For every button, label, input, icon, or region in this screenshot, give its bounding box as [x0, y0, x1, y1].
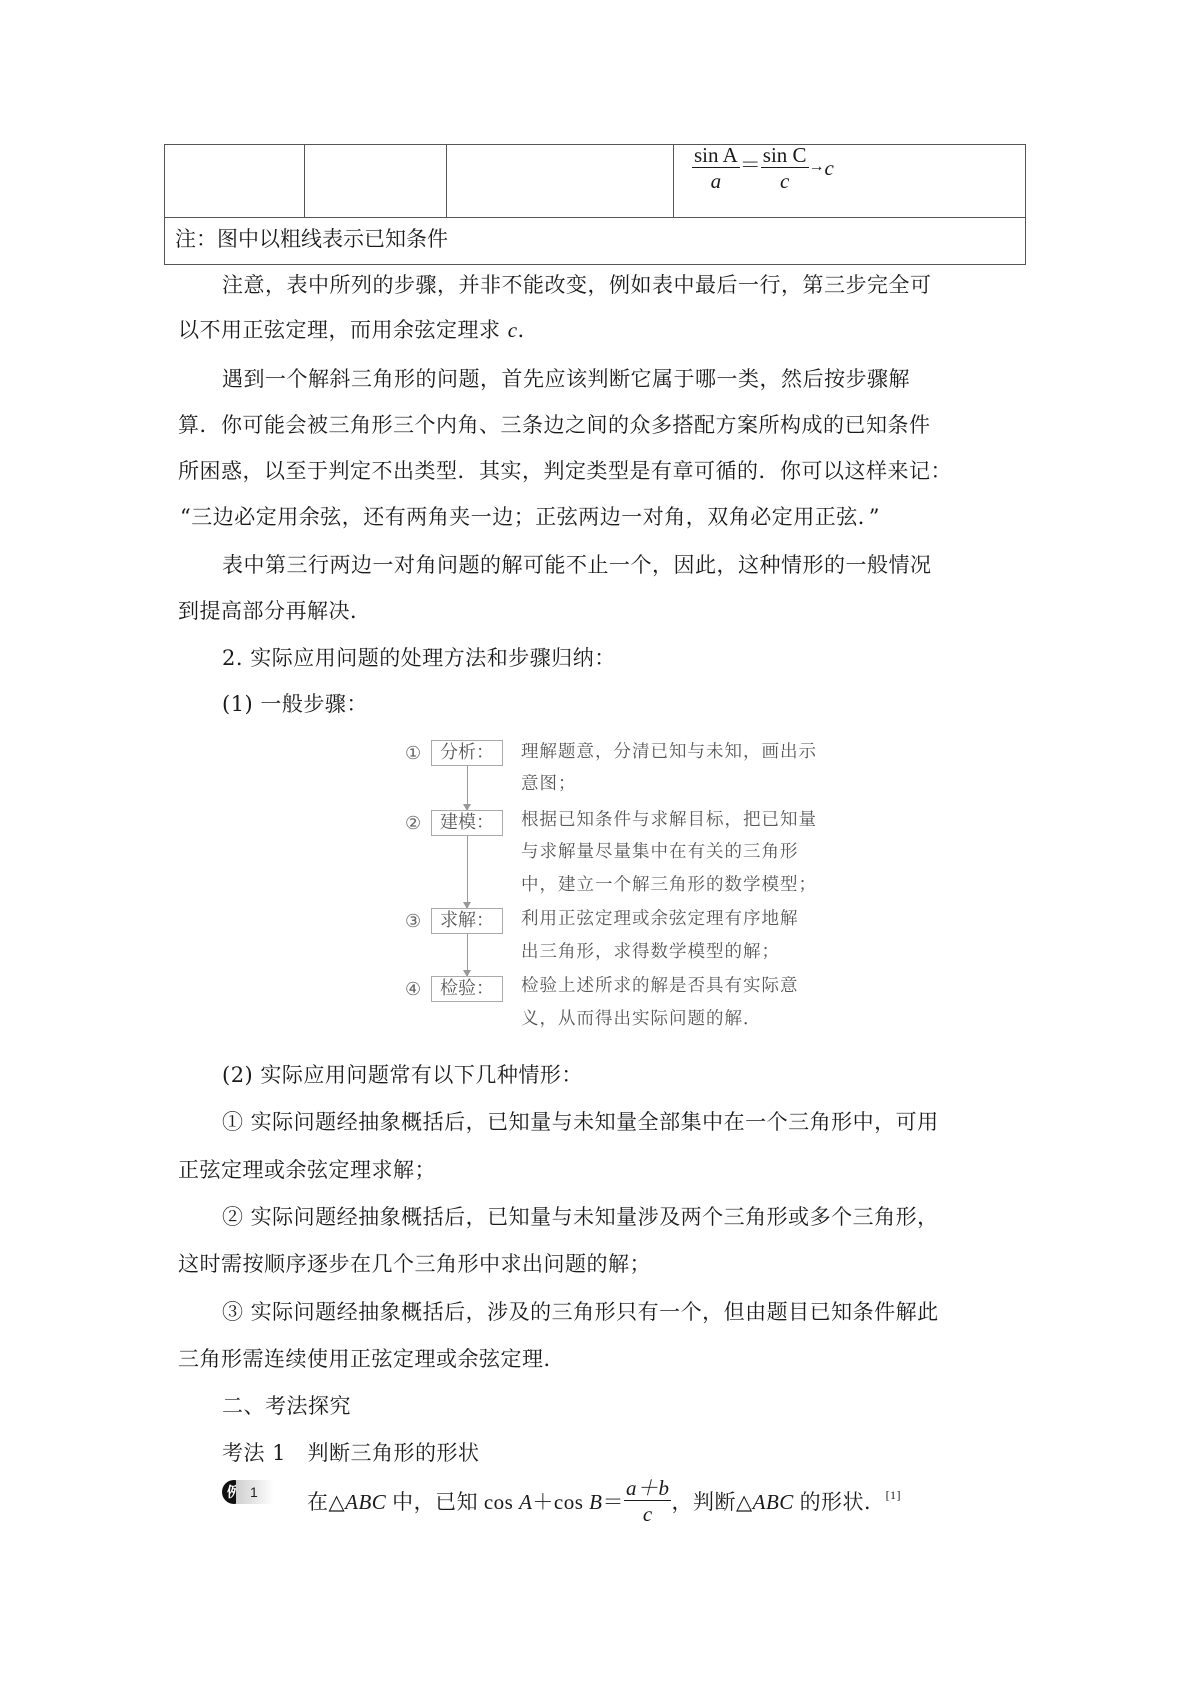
equals-sign: ＝: [740, 149, 761, 179]
list-item: ① 实际问题经抽象概括后，已知量与未知量全部集中在一个三角形中，可用: [222, 1108, 939, 1136]
conditions-table: sin A a ＝ sin C c → c 注：图中以粗线表示已知条件: [164, 144, 1026, 265]
text: .: [518, 318, 525, 342]
arrow-down-icon: [467, 766, 468, 810]
flow-desc-line: 理解题意，分清已知与未知，画出示: [521, 736, 817, 768]
list-item: ② 实际问题经抽象概括后，已知量与未知量涉及两个三角形或多个三角形，: [222, 1203, 939, 1231]
section-heading: 二、考法探究: [222, 1392, 351, 1420]
flow-step-model: ② 建模：: [405, 810, 503, 836]
table-note: 注：图中以粗线表示已知条件: [175, 225, 448, 253]
list-item-continuation: 正弦定理或余弦定理求解；: [178, 1156, 436, 1184]
example-badge: 例 1: [222, 1480, 274, 1504]
numerator: sin C: [761, 143, 809, 168]
denominator: c: [780, 168, 789, 194]
step-box: 检验：: [431, 976, 503, 1002]
flow-desc-line: 出三角形，求得数学模型的解；: [521, 936, 780, 968]
step-number: ③: [405, 911, 431, 932]
flow-desc-line: 根据已知条件与求解目标，把已知量: [521, 804, 817, 836]
flow-desc-line: 中，建立一个解三角形的数学模型；: [521, 869, 817, 901]
flow-step-analyze: ① 分析：: [405, 740, 503, 766]
table-divider: [446, 145, 447, 217]
flow-step-verify: ④ 检验：: [405, 976, 503, 1002]
sine-law-formula: sin A a ＝ sin C c → c: [692, 143, 834, 194]
subsection-1-heading: (1) 一般步骤：: [222, 690, 368, 718]
list-item-continuation: 这时需按顺序逐步在几个三角形中求出问题的解；: [178, 1250, 651, 1278]
paragraph-line: 算．你可能会被三角形三个内角、三条边之间的众多搭配方案所构成的已知条件: [178, 411, 931, 439]
arrow-down-icon: [467, 934, 468, 976]
flow-desc-line: 利用正弦定理或余弦定理有序地解: [521, 903, 799, 935]
text: ＋cos: [532, 1488, 589, 1516]
text: 中，已知 cos: [386, 1488, 519, 1516]
example-problem: 在△ ABC 中，已知 cos A ＋cos B ＝ a＋b c ，判断△ AB…: [307, 1476, 901, 1527]
triangle-name: ABC: [753, 1488, 794, 1516]
table-cell-formula: sin A a ＝ sin C c → c: [674, 145, 1026, 217]
numerator: sin A: [692, 143, 740, 168]
step-number: ②: [405, 813, 431, 834]
equals-sign: ＝: [602, 1488, 624, 1516]
method-heading: 考法 1 判断三角形的形状: [222, 1439, 480, 1467]
arrow-right-icon: →: [809, 158, 825, 176]
table-divider: [304, 145, 305, 217]
step-number: ①: [405, 743, 431, 764]
table-row-divider: [165, 217, 1025, 218]
denominator: c: [643, 1501, 653, 1527]
subsection-2-heading: (2) 实际应用问题常有以下几种情形：: [222, 1061, 583, 1089]
denominator: a: [711, 168, 722, 194]
paragraph-line: 表中第三行两边一对角问题的解可能不止一个，因此，这种情形的一般情况: [222, 551, 932, 579]
text: ，判断△: [671, 1488, 752, 1516]
mnemonic-quote: “三边必定用余弦，还有两角夹一边；正弦两边一对角，双角必定用正弦．”: [180, 503, 880, 531]
flow-desc-line: 检验上述所求的解是否具有实际意: [521, 970, 799, 1002]
paragraph-line: 注意，表中所列的步骤，并非不能改变，例如表中最后一行，第三步完全可: [222, 271, 932, 299]
paragraph-line: 所困惑，以至于判定不出类型．其实，判定类型是有章可循的．你可以这样来记：: [178, 457, 952, 485]
fraction: sin A a: [692, 143, 740, 194]
variable: A: [519, 1488, 532, 1516]
flow-desc-line: 与求解量尽量集中在有关的三角形: [521, 836, 799, 868]
triangle-name: ABC: [345, 1488, 386, 1516]
steps-flowchart: ① 分析： ② 建模： ③ 求解： ④ 检验： 理解题意，分清已知与未知，画出示…: [405, 740, 835, 1050]
footnote-ref[interactable]: [1]: [886, 1481, 902, 1509]
flow-step-solve: ③ 求解：: [405, 908, 503, 934]
step-box: 建模：: [431, 810, 503, 836]
paragraph-line: 遇到一个解斜三角形的问题，首先应该判断它属于哪一类，然后按步骤解: [222, 365, 910, 393]
variable: c: [508, 318, 518, 342]
fraction: sin C c: [761, 143, 809, 194]
numerator: a＋b: [624, 1476, 672, 1501]
step-box: 求解：: [431, 908, 503, 934]
paragraph-line: 以不用正弦定理，而用余弦定理求 c.: [178, 316, 525, 344]
fraction: a＋b c: [624, 1476, 672, 1527]
list-item-continuation: 三角形需连续使用正弦定理或余弦定理．: [178, 1345, 565, 1373]
arrow-down-icon: [467, 836, 468, 908]
text: 以不用正弦定理，而用余弦定理求: [178, 318, 508, 342]
text: 在△: [307, 1488, 345, 1516]
section-2-heading: 2. 实际应用问题的处理方法和步骤归纳：: [222, 644, 616, 672]
result-variable: c: [825, 156, 834, 181]
example-number: 1: [236, 1480, 274, 1504]
step-number: ④: [405, 979, 431, 1000]
list-item: ③ 实际问题经抽象概括后，涉及的三角形只有一个，但由题目已知条件解此: [222, 1298, 939, 1326]
variable: B: [589, 1488, 602, 1516]
paragraph-line: 到提高部分再解决．: [178, 597, 372, 625]
flow-desc-line: 意图；: [521, 768, 577, 800]
text: 的形状．: [794, 1488, 886, 1516]
flow-desc-line: 义，从而得出实际问题的解．: [521, 1003, 762, 1035]
step-box: 分析：: [431, 740, 503, 766]
